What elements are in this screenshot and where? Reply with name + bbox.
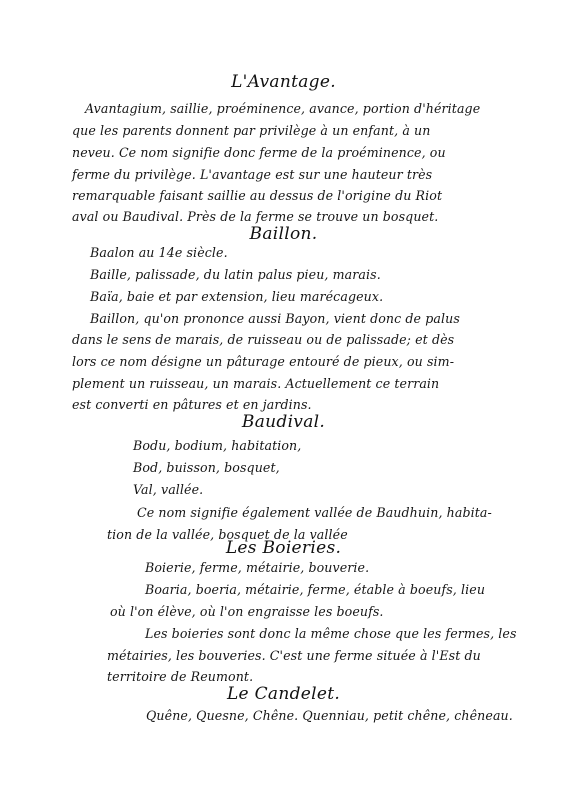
text-line: dans le sens de marais, de ruisseau ou d… — [72, 332, 454, 347]
text-line: Boaria, boeria, métairie, ferme, étable … — [145, 582, 485, 597]
section-title-candelet: Le Candelet. — [0, 684, 567, 704]
text-line: plement un ruisseau, un marais. Actuelle… — [72, 376, 439, 391]
text-line: remarquable faisant saillie au dessus de… — [72, 188, 442, 203]
text-line: Baïa, baie et par extension, lieu maréca… — [90, 289, 383, 304]
text-line: Boierie, ferme, métairie, bouverie. — [145, 560, 369, 575]
text-line: Baalon au 14e siècle. — [90, 245, 228, 260]
section-title-avantage: L'Avantage. — [0, 72, 567, 92]
text-line: ferme du privilège. L'avantage est sur u… — [72, 167, 432, 182]
text-line: aval ou Baudival. Près de la ferme se tr… — [72, 209, 438, 224]
text-line: Baillon, qu'on prononce aussi Bayon, vie… — [90, 311, 460, 326]
text-line: où l'on élève, où l'on engraisse les boe… — [110, 604, 384, 619]
text-line: lors ce nom désigne un pâturage entouré … — [72, 354, 454, 369]
text-line: Ce nom signifie également vallée de Baud… — [137, 505, 492, 520]
text-line: territoire de Reumont. — [107, 669, 253, 684]
text-line: Baille, palissade, du latin palus pieu, … — [90, 267, 381, 282]
text-line: Avantagium, saillie, proéminence, avance… — [85, 101, 480, 116]
manuscript-page: L'Avantage. Avantagium, saillie, proémin… — [0, 0, 567, 800]
text-line: Les boieries sont donc la même chose que… — [145, 626, 517, 641]
section-title-baillon: Baillon. — [0, 224, 567, 244]
section-title-baudival: Baudival. — [0, 412, 567, 432]
text-line: Bod, buisson, bosquet, — [133, 460, 280, 475]
text-line: neveu. Ce nom signifie donc ferme de la … — [72, 145, 446, 160]
text-line: métairies, les bouveries. C'est une ferm… — [107, 648, 481, 663]
section-title-boieries: Les Boieries. — [0, 538, 567, 558]
text-line: Bodu, bodium, habitation, — [133, 438, 301, 453]
text-line: que les parents donnent par privilège à … — [72, 123, 430, 138]
text-line: est converti en pâtures et en jardins. — [72, 397, 312, 412]
text-line: Quêne, Quesne, Chêne. Quenniau, petit ch… — [146, 708, 513, 723]
text-line: Val, vallée. — [133, 482, 203, 497]
